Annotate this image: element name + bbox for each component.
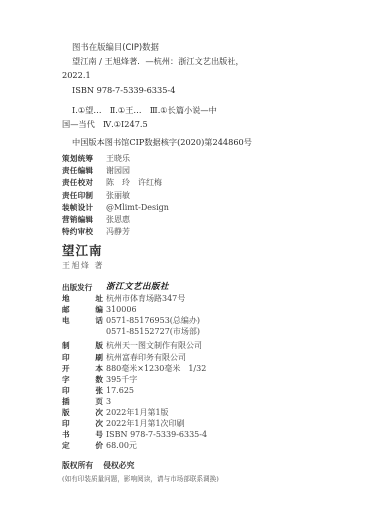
staff-row: 营销编辑 张恩惠	[62, 214, 169, 226]
staff-row: 特约审校 冯静芳	[62, 226, 169, 238]
pub-label: 插页	[62, 396, 106, 407]
publisher-label-text: 出版发行	[62, 282, 92, 293]
staff-value: 张恩惠	[106, 214, 130, 226]
pub-phone-2: 0571-85152727(市场部)	[106, 326, 200, 337]
pub-value: 3	[106, 396, 111, 407]
copyright-page: 图书在版编目(CIP)数据 望江南 / 王旭烽著．—杭州：浙江文艺出版社， 20…	[0, 0, 375, 526]
staff-value: 王晓乐	[106, 153, 130, 165]
pub-row: 制版 杭州天一图文制作有限公司	[62, 340, 207, 351]
pub-row: 印次 2022年1月第1次印刷	[62, 418, 207, 429]
staff-row: 责任编辑 谢园园	[62, 165, 169, 177]
cip-classification-line-1: Ⅰ.①望… Ⅱ.①王… Ⅲ.①长篇小说—中	[62, 103, 362, 117]
pub-label: 印刷	[62, 352, 106, 363]
pub-value: 68.00元	[106, 440, 137, 451]
pub-row: 印刷 杭州富春印务有限公司	[62, 352, 207, 363]
pub-row: 电话 0571-85176953(总编办)	[62, 315, 207, 326]
pub-label: 邮编	[62, 304, 106, 315]
publisher-logo: 浙江文艺出版社	[106, 282, 169, 293]
staff-label: 营销编辑	[62, 214, 106, 226]
rights-left: 版权所有	[62, 461, 93, 470]
pub-value: 880毫米×1230毫米 1/32	[106, 363, 206, 374]
cip-entry-line-1: 望江南 / 王旭烽著．—杭州：浙江文艺出版社，	[62, 54, 362, 68]
pub-row: 版次 2022年1月第1版	[62, 407, 207, 418]
staff-row: 责任校对 陈 玲 许红梅	[62, 177, 169, 189]
pub-value: 2022年1月第1版	[106, 407, 169, 418]
publisher-row: 出版发行 浙江文艺出版社	[62, 282, 207, 293]
cip-isbn: ISBN 978-7-5339-6335-4	[62, 83, 362, 97]
pub-row: 地址 杭州市体育场路347号	[62, 293, 207, 304]
staff-value: 谢园园	[106, 165, 130, 177]
publication-info: 出版发行 浙江文艺出版社 地址 杭州市体育场路347号 邮编 310006 电话…	[62, 282, 207, 451]
pub-value: 杭州天一图文制作有限公司	[106, 340, 202, 351]
pub-postcode: 310006	[106, 304, 137, 315]
book-author: 王旭烽 著	[62, 260, 104, 271]
staff-label: 责任校对	[62, 177, 106, 189]
pub-label: 制版	[62, 340, 106, 351]
pub-value: 杭州富春印务有限公司	[106, 352, 186, 363]
pub-row: 字数 395千字	[62, 374, 207, 385]
pub-label: 地址	[62, 293, 106, 304]
pub-label: 印次	[62, 418, 106, 429]
publisher-label: 出版发行	[62, 282, 106, 293]
pub-row: 定价 68.00元	[62, 440, 207, 451]
staff-label: 责任编辑	[62, 165, 106, 177]
staff-label: 特约审校	[62, 226, 106, 238]
staff-value: 陈 玲 许红梅	[106, 177, 162, 189]
staff-label: 责任印制	[62, 190, 106, 202]
pub-label: 书号	[62, 429, 106, 440]
pub-row: 邮编 310006	[62, 304, 207, 315]
staff-value: @Mlimt-Design	[106, 202, 169, 214]
staff-label: 装帧设计	[62, 202, 106, 214]
pub-label: 开本	[62, 363, 106, 374]
rights-note: (如有印装质量问题，影响阅读，请与市场部联系调换)	[62, 473, 219, 483]
rights-right: 侵权必究	[103, 461, 134, 470]
book-title: 望江南	[62, 241, 103, 259]
cip-data-block: 图书在版编目(CIP)数据 望江南 / 王旭烽著．—杭州：浙江文艺出版社， 20…	[62, 40, 362, 149]
pub-value: ISBN 978-7-5339-6335-4	[106, 429, 207, 440]
pub-address: 杭州市体育场路347号	[106, 293, 185, 304]
pub-label: 电话	[62, 315, 106, 326]
pub-row: 印张 17.625	[62, 385, 207, 396]
staff-row: 责任印制 张丽敏	[62, 190, 169, 202]
pub-label: 印张	[62, 385, 106, 396]
staff-label: 策划统筹	[62, 153, 106, 165]
staff-row: 装帧设计 @Mlimt-Design	[62, 202, 169, 214]
pub-label: 版次	[62, 407, 106, 418]
cip-entry-line-2: 2022.1	[62, 68, 362, 82]
pub-value: 17.625	[106, 385, 134, 396]
pub-label: 定价	[62, 440, 106, 451]
pub-row: 0571-85152727(市场部)	[62, 326, 207, 337]
cip-title: 图书在版编目(CIP)数据	[62, 40, 362, 54]
pub-value: 395千字	[106, 374, 137, 385]
pub-row: 书号 ISBN 978-7-5339-6335-4	[62, 429, 207, 440]
pub-phone-1: 0571-85176953(总编办)	[106, 315, 200, 326]
pub-row: 开本 880毫米×1230毫米 1/32	[62, 363, 207, 374]
pub-label: 字数	[62, 374, 106, 385]
pub-row: 插页 3	[62, 396, 207, 407]
staff-credits: 策划统筹 王晓乐 责任编辑 谢园园 责任校对 陈 玲 许红梅 责任印制 张丽敏 …	[62, 153, 169, 238]
pub-label	[62, 326, 106, 337]
pub-value: 2022年1月第1次印刷	[106, 418, 185, 429]
staff-row: 策划统筹 王晓乐	[62, 153, 169, 165]
cip-number: 中国版本图书馆CIP数据核字(2020)第244860号	[62, 135, 362, 149]
staff-value: 张丽敏	[106, 190, 130, 202]
staff-value: 冯静芳	[106, 226, 130, 238]
cip-classification-line-2: 国—当代 Ⅳ.①I247.5	[62, 117, 362, 131]
rights-statement: 版权所有侵权必究	[62, 460, 134, 471]
